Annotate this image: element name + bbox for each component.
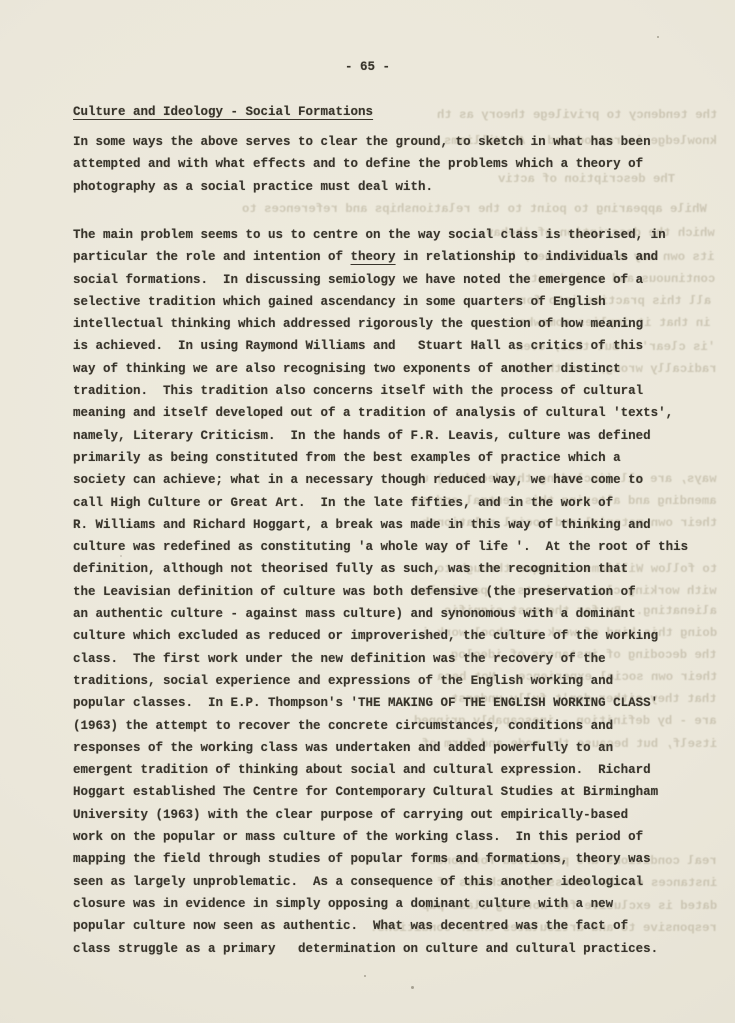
main-paragraph: The main problem seems to us to centre o… [73,224,688,960]
bleedthrough-text: the tendency to privilege theory as th [437,104,717,126]
text-line: The main problem seems to us to centre o… [73,224,688,246]
text-line: intellectual thinking which addressed ri… [73,313,688,335]
document-page: the tendency to privilege theory as thkn… [0,0,735,1023]
text-line: class struggle as a primary determinatio… [73,938,688,960]
text-line: meaning and itself developed out of a tr… [73,402,688,424]
text-line: In some ways the above serves to clear t… [73,131,651,153]
text-line: University (1963) with the clear purpose… [73,804,688,826]
text-line: primarily as being constituted from the … [73,447,688,469]
text-line: photography as a social practice must de… [73,176,651,198]
text-line: tradition. This tradition also concerns … [73,380,688,402]
text-line: particular the role and intention of the… [73,246,688,268]
text-line: an authentic culture - against mass cult… [73,603,688,625]
text-line: way of thinking we are also recognising … [73,358,688,380]
bleedthrough-text: While appearing to point to the relation… [242,198,707,220]
text-line: Hoggart established The Centre for Conte… [73,781,688,803]
paper-speck [657,36,659,38]
text-line: popular culture now seen as authentic. W… [73,915,688,937]
text-line: social formations. In discussing semiolo… [73,269,688,291]
text-line: is achieved. In using Raymond Williams a… [73,335,688,357]
text-line: R. Williams and Richard Hoggart, a break… [73,514,688,536]
text-line: namely, Literary Criticism. In the hands… [73,425,688,447]
text-line: traditions, social experience and expres… [73,670,688,692]
text-line: responses of the working class was under… [73,737,688,759]
text-line: mapping the field through studies of pop… [73,848,688,870]
paper-speck [411,986,414,989]
text-line: attempted and with what effects and to d… [73,153,651,175]
text-line: (1963) the attempt to recover the concre… [73,715,688,737]
section-heading: Culture and Ideology - Social Formations [73,101,373,123]
text-line: popular classes. In E.P. Thompson's 'THE… [73,692,688,714]
text-line: selective tradition which gained ascenda… [73,291,688,313]
text-line: culture which excluded as reduced or imp… [73,625,688,647]
text-line: the Leavisian definition of culture was … [73,581,688,603]
underlined-word: theory [351,250,396,264]
text-line: definition, although not theorised fully… [73,558,688,580]
text-line: closure was in evidence in simply opposi… [73,893,688,915]
text-line: society can achieve; what in a necessary… [73,469,688,491]
text-line: seen as largely unproblematic. As a cons… [73,871,688,893]
paper-speck [364,975,366,977]
text-line: culture was redefined as constituting 'a… [73,536,688,558]
intro-paragraph: In some ways the above serves to clear t… [73,131,651,198]
page-number: - 65 - [0,56,735,78]
text-line: work on the popular or mass culture of t… [73,826,688,848]
text-line: emergent tradition of thinking about soc… [73,759,688,781]
text-line: class. The first work under the new defi… [73,648,688,670]
text-line: call High Culture or Great Art. In the l… [73,492,688,514]
